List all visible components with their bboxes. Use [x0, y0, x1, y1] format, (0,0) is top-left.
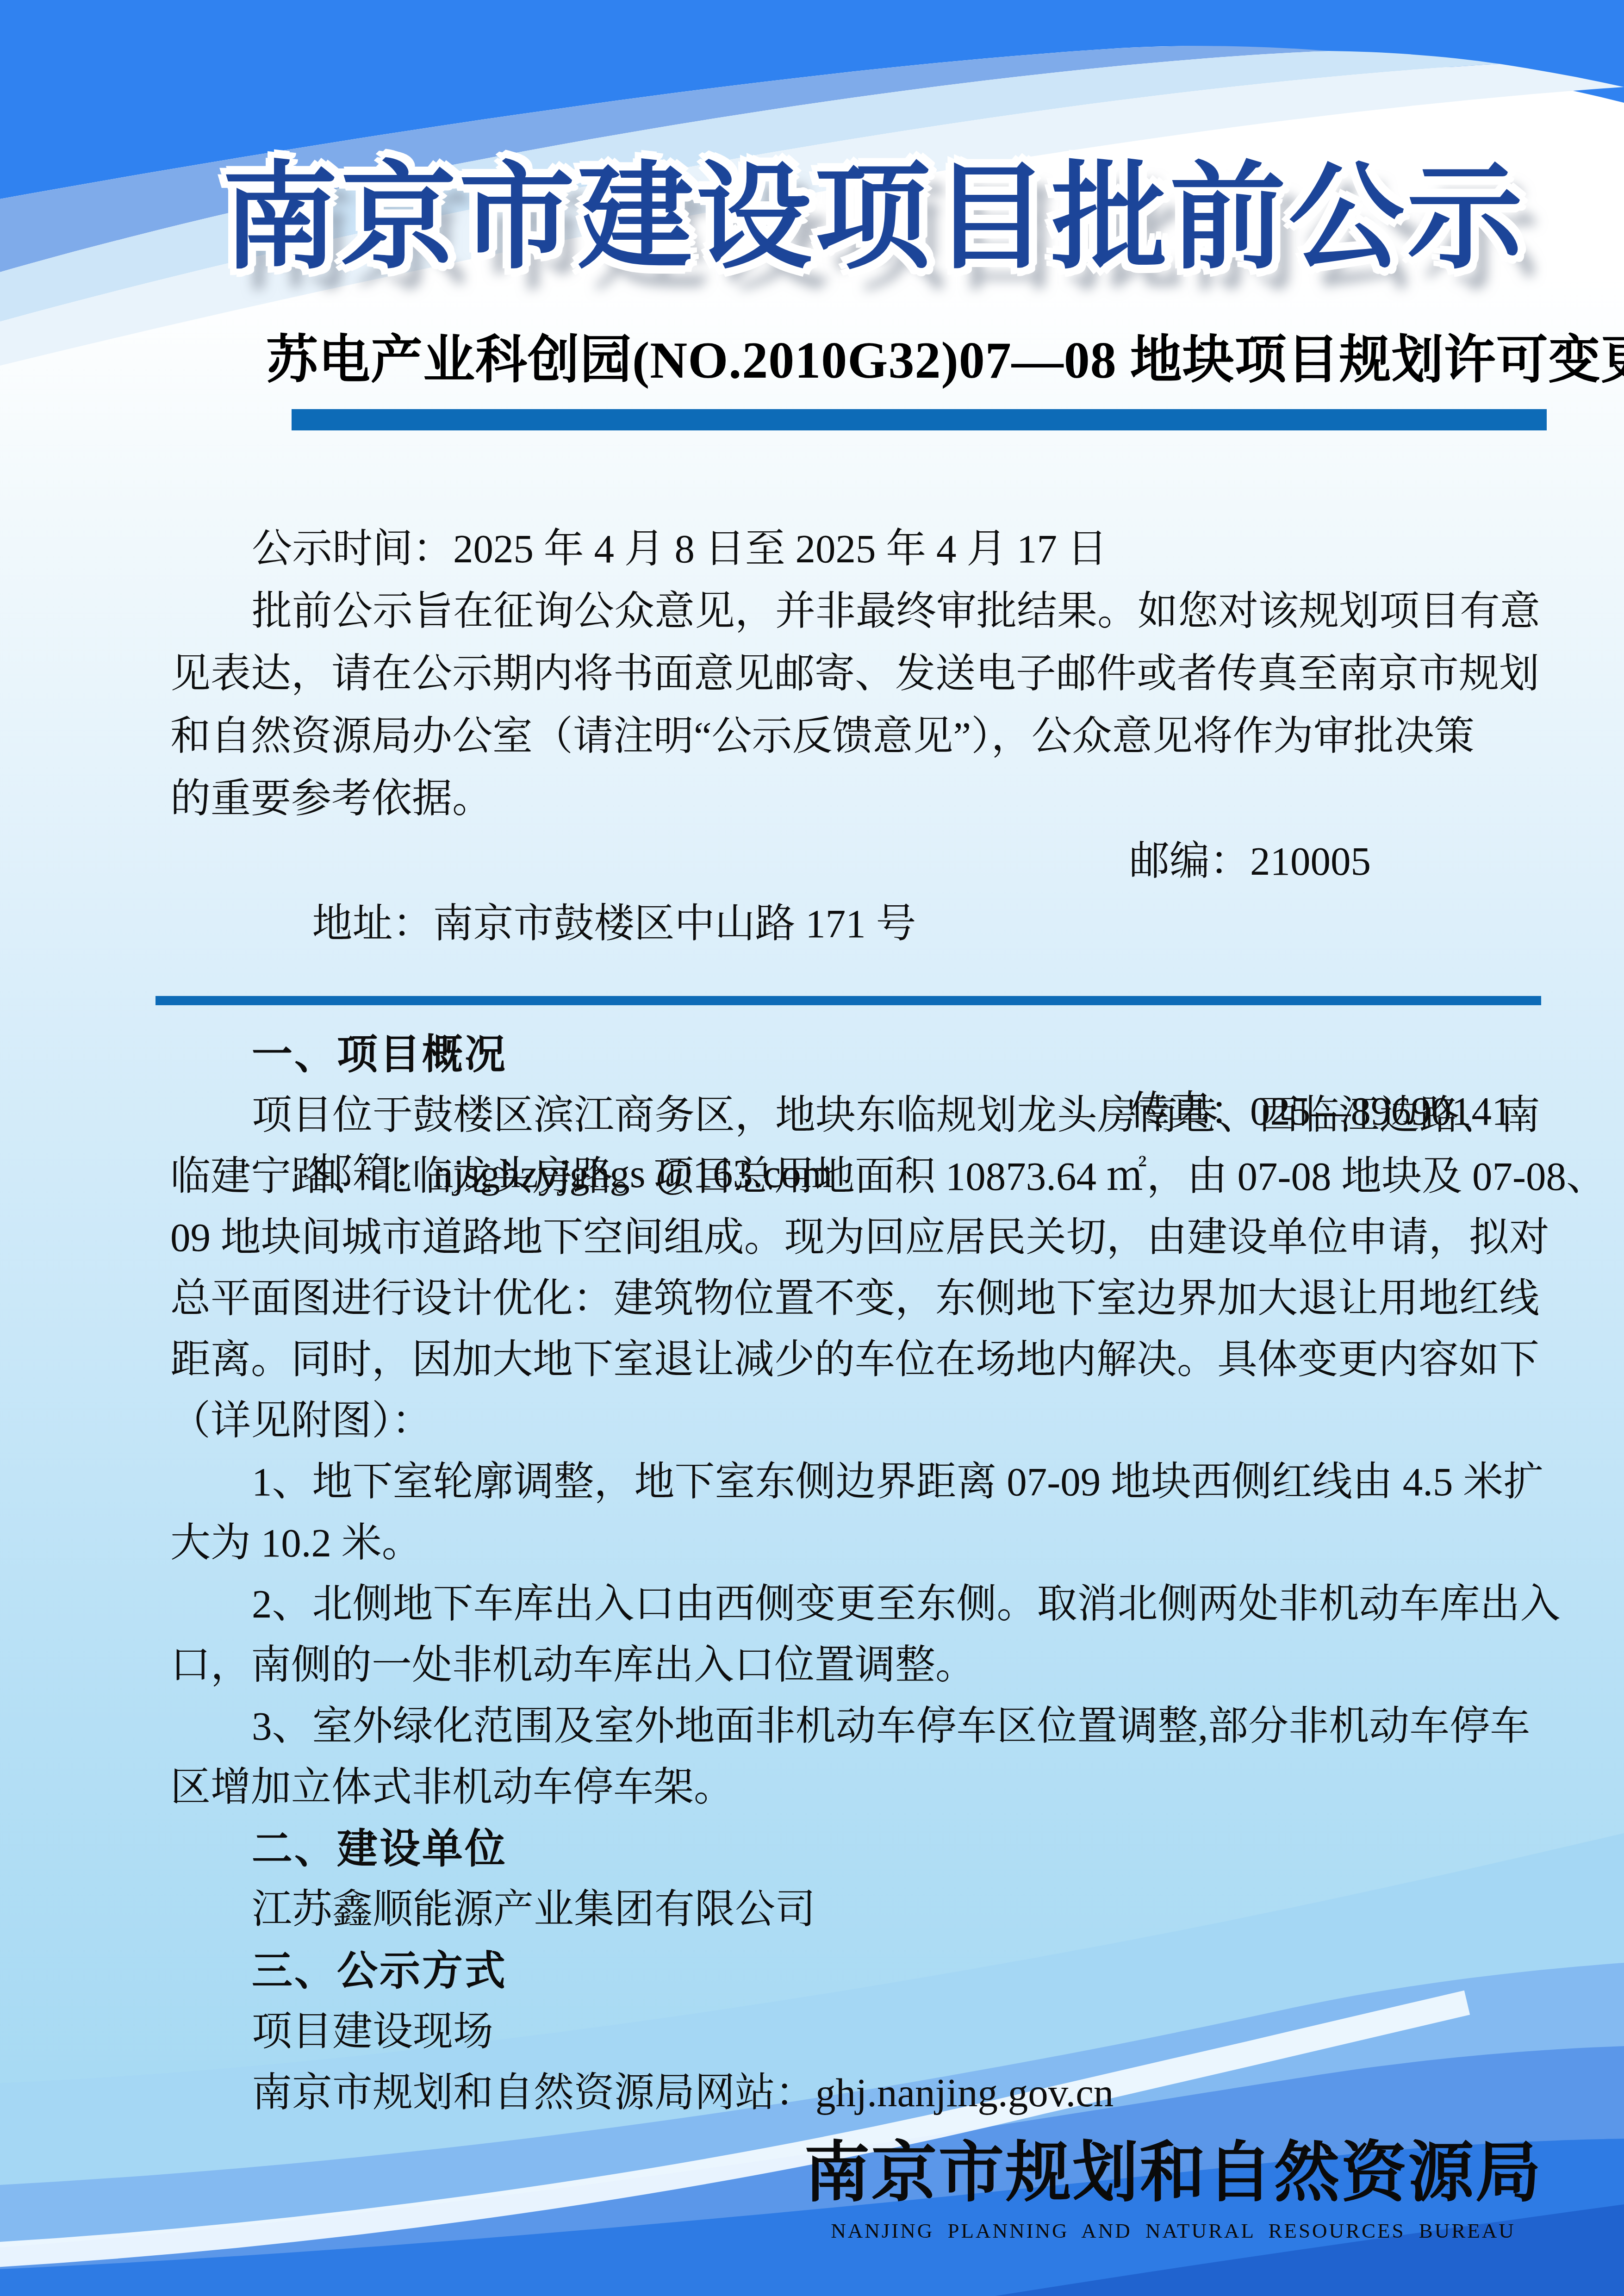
- bureau-name-en: NANJING PLANNING AND NATURAL RESOURCES B…: [801, 2219, 1546, 2243]
- intro-line: 公示时间：2025 年 4 月 8 日至 2025 年 4 月 17 日: [170, 517, 1544, 580]
- bureau-signature: 南京市规划和自然资源局 NANJING PLANNING AND NATURAL…: [801, 2120, 1546, 2243]
- intro-line: 见表达，请在公示期内将书面意见邮寄、发送电子邮件或者传真至南京市规划: [170, 642, 1544, 705]
- intro-line: 的重要参考依据。: [170, 767, 1544, 830]
- sections-block: 一、项目概况 项目位于鼓楼区滨江商务区，地块东临规划龙头房南巷、西临江边路、南 …: [170, 1024, 1544, 2123]
- section1-line: 3、室外绿化范围及室外地面非机动车停车区位置调整,部分非机动车停车: [170, 1696, 1544, 1757]
- section1-line: 口，南侧的一处非机动车库出入口位置调整。: [170, 1635, 1544, 1696]
- subtitle-underline-bar: [292, 409, 1547, 430]
- intro-line: 批前公示旨在征询公众意见，并非最终审批结果。如您对该规划项目有意: [170, 580, 1544, 642]
- notice-page: 南京市建设项目批前公示 苏电产业科创园(NO.2010G32)07—08 地块项…: [0, 0, 1624, 2296]
- section1-line: 2、北侧地下车库出入口由西侧变更至东侧。取消北侧两处非机动车库出入: [170, 1574, 1544, 1635]
- postcode-pair: 邮编：210005: [1129, 830, 1371, 892]
- section-divider-bar: [156, 996, 1541, 1005]
- section1-line: 1、地下室轮廓调整，地下室东侧边界距离 07-09 地块西侧红线由 4.5 米扩: [170, 1451, 1544, 1512]
- postcode-label: 邮编：: [1129, 839, 1250, 884]
- section3-heading: 三、公示方式: [170, 1940, 1544, 2001]
- project-subtitle: 苏电产业科创园(NO.2010G32)07—08 地块项目规划许可变更: [266, 318, 1624, 393]
- page-title: 南京市建设项目批前公示: [222, 124, 1525, 291]
- section1-line: 总平面图进行设计优化：建筑物位置不变，东侧地下室边界加大退让用地红线: [170, 1268, 1544, 1329]
- intro-line: 和自然资源局办公室（请注明“公示反馈意见”），公众意见将作为审批决策: [170, 705, 1544, 767]
- section3-line: 南京市规划和自然资源局网站：ghj.nanjing.gov.cn: [170, 2062, 1544, 2123]
- section3-line: 项目建设现场: [170, 2001, 1544, 2062]
- postcode-value: 210005: [1250, 839, 1371, 884]
- section1-line: 距离。同时，因加大地下室退让减少的车位在场地内解决。具体变更内容如下: [170, 1329, 1544, 1390]
- section1-line: 区增加立体式非机动车停车架。: [170, 1757, 1544, 1818]
- section1-heading: 一、项目概况: [170, 1024, 1544, 1085]
- section1-line: 09 地块间城市道路地下空间组成。现为回应居民关切，由建设单位申请，拟对: [170, 1207, 1544, 1268]
- section2-heading: 二、建设单位: [170, 1818, 1544, 1879]
- section1-line: （详见附图）：: [170, 1390, 1544, 1451]
- address-value: 南京市鼓楼区中山路 171 号: [433, 901, 916, 946]
- section2-line: 江苏鑫顺能源产业集团有限公司: [170, 1879, 1544, 1940]
- address-label: 地址：: [312, 901, 433, 946]
- section1-line: 大为 10.2 米。: [170, 1512, 1544, 1574]
- section1-line: 临建宁路、北临龙头房路。项目总用地面积 10873.64 ㎡，由 07-08 地…: [170, 1146, 1544, 1207]
- section1-line: 项目位于鼓楼区滨江商务区，地块东临规划龙头房南巷、西临江边路、南: [170, 1085, 1544, 1146]
- bureau-name-cn: 南京市规划和自然资源局: [801, 2120, 1546, 2214]
